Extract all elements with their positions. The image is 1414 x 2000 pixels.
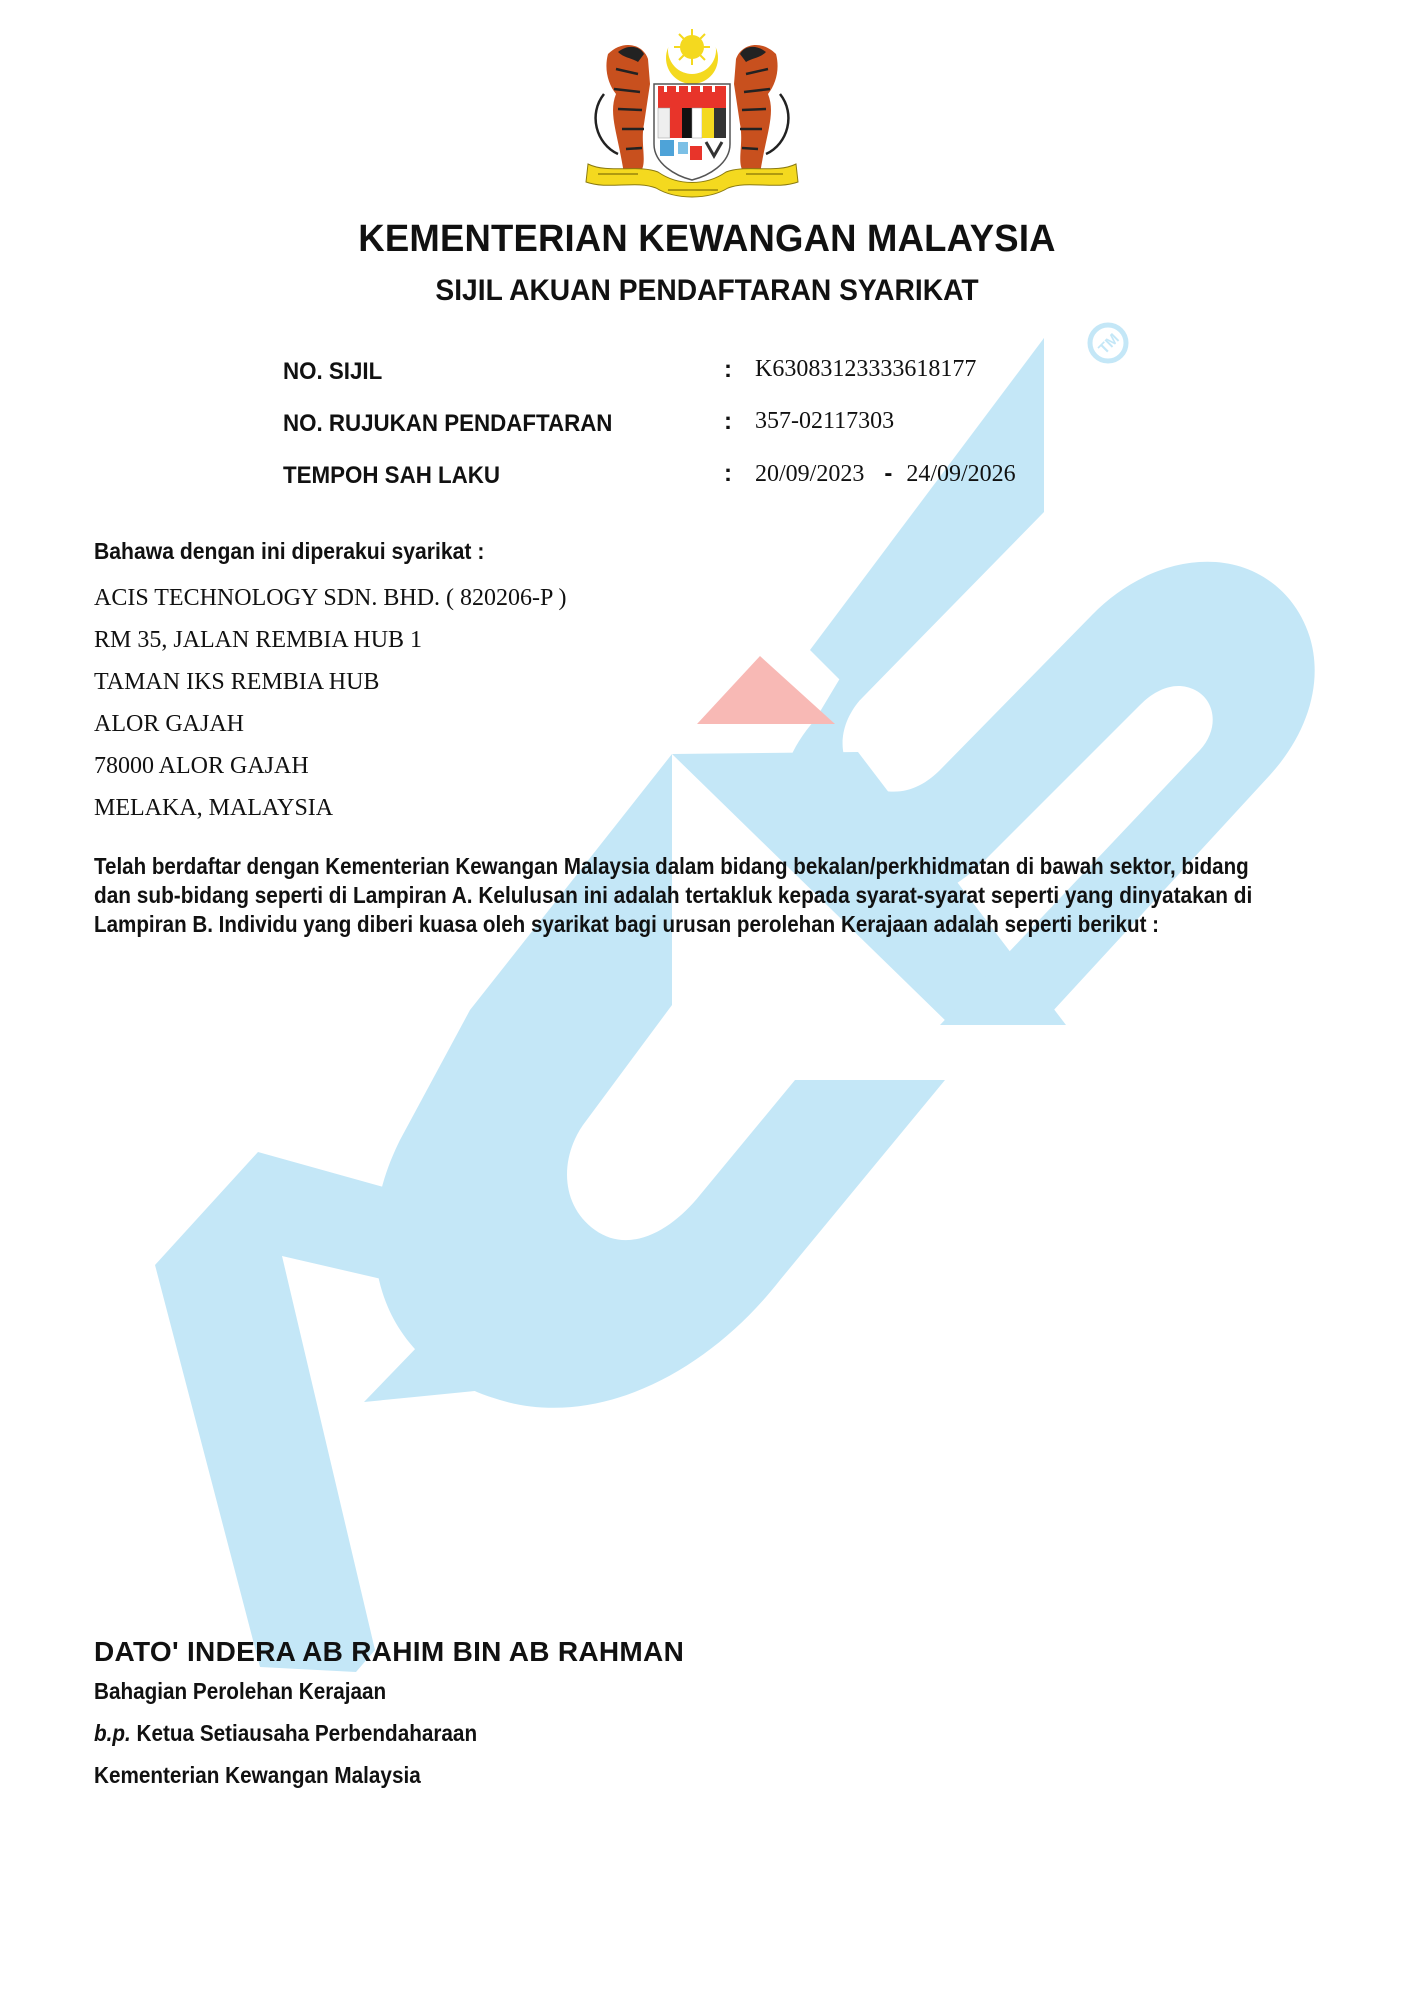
address-line: ALOR GAJAH bbox=[94, 711, 244, 738]
signatory-division: Bahagian Perolehan Kerajaan bbox=[94, 1678, 386, 1705]
address-line: TAMAN IKS REMBIA HUB bbox=[94, 669, 379, 696]
field-row-validity-period: TEMPOH SAH LAKU : 20/09/2023-24/09/2026 bbox=[0, 462, 1414, 502]
address-line: RM 35, JALAN REMBIA HUB 1 bbox=[94, 627, 422, 654]
field-label: TEMPOH SAH LAKU bbox=[283, 462, 500, 490]
ministry-title: KEMENTERIAN KEWANGAN MALAYSIA bbox=[28, 218, 1385, 261]
field-separator: : bbox=[724, 356, 732, 384]
malaysia-coat-of-arms-icon bbox=[578, 14, 806, 204]
statement-line: dan sub-bidang seperti di Lampiran A. Ke… bbox=[94, 881, 1198, 910]
certificate-page: TM bbox=[0, 0, 1414, 2000]
certificate-number-value: K63083123333618177 bbox=[755, 356, 976, 383]
document-title: SIJIL AKUAN PENDAFTARAN SYARIKAT bbox=[42, 274, 1371, 308]
signatory-on-behalf: b.p. Ketua Setiausaha Perbendaharaan bbox=[94, 1720, 477, 1747]
on-behalf-of: Ketua Setiausaha Perbendaharaan bbox=[137, 1720, 478, 1746]
registration-reference-value: 357-02117303 bbox=[755, 408, 894, 435]
validity-end-date: 24/09/2026 bbox=[906, 461, 1015, 487]
field-separator: : bbox=[724, 460, 732, 488]
field-row-registration-reference: NO. RUJUKAN PENDAFTARAN : 357-02117303 bbox=[0, 410, 1414, 450]
validity-start-date: 20/09/2023 bbox=[755, 461, 864, 487]
company-name: ACIS TECHNOLOGY SDN. BHD. ( 820206-P ) bbox=[94, 585, 566, 612]
address-line: 78000 ALOR GAJAH bbox=[94, 753, 309, 780]
field-row-certificate-number: NO. SIJIL : K63083123333618177 bbox=[0, 358, 1414, 398]
field-label: NO. SIJIL bbox=[283, 358, 382, 386]
address-line: MELAKA, MALAYSIA bbox=[94, 795, 333, 822]
signatory-ministry: Kementerian Kewangan Malaysia bbox=[94, 1762, 421, 1789]
registration-statement: Telah berdaftar dengan Kementerian Kewan… bbox=[94, 852, 1314, 939]
field-separator: : bbox=[724, 408, 732, 436]
bp-prefix: b.p. bbox=[94, 1720, 131, 1746]
field-label: NO. RUJUKAN PENDAFTARAN bbox=[283, 410, 612, 438]
signatory-name: DATO' INDERA AB RAHIM BIN AB RAHMAN bbox=[94, 1636, 684, 1668]
validity-period-value: 20/09/2023-24/09/2026 bbox=[755, 460, 1016, 488]
statement-line: Telah berdaftar dengan Kementerian Kewan… bbox=[94, 852, 1183, 881]
validity-range-separator: - bbox=[884, 460, 892, 487]
certification-intro: Bahawa dengan ini diperakui syarikat : bbox=[94, 538, 484, 565]
statement-line: Lampiran B. Individu yang diberi kuasa o… bbox=[94, 910, 1186, 939]
